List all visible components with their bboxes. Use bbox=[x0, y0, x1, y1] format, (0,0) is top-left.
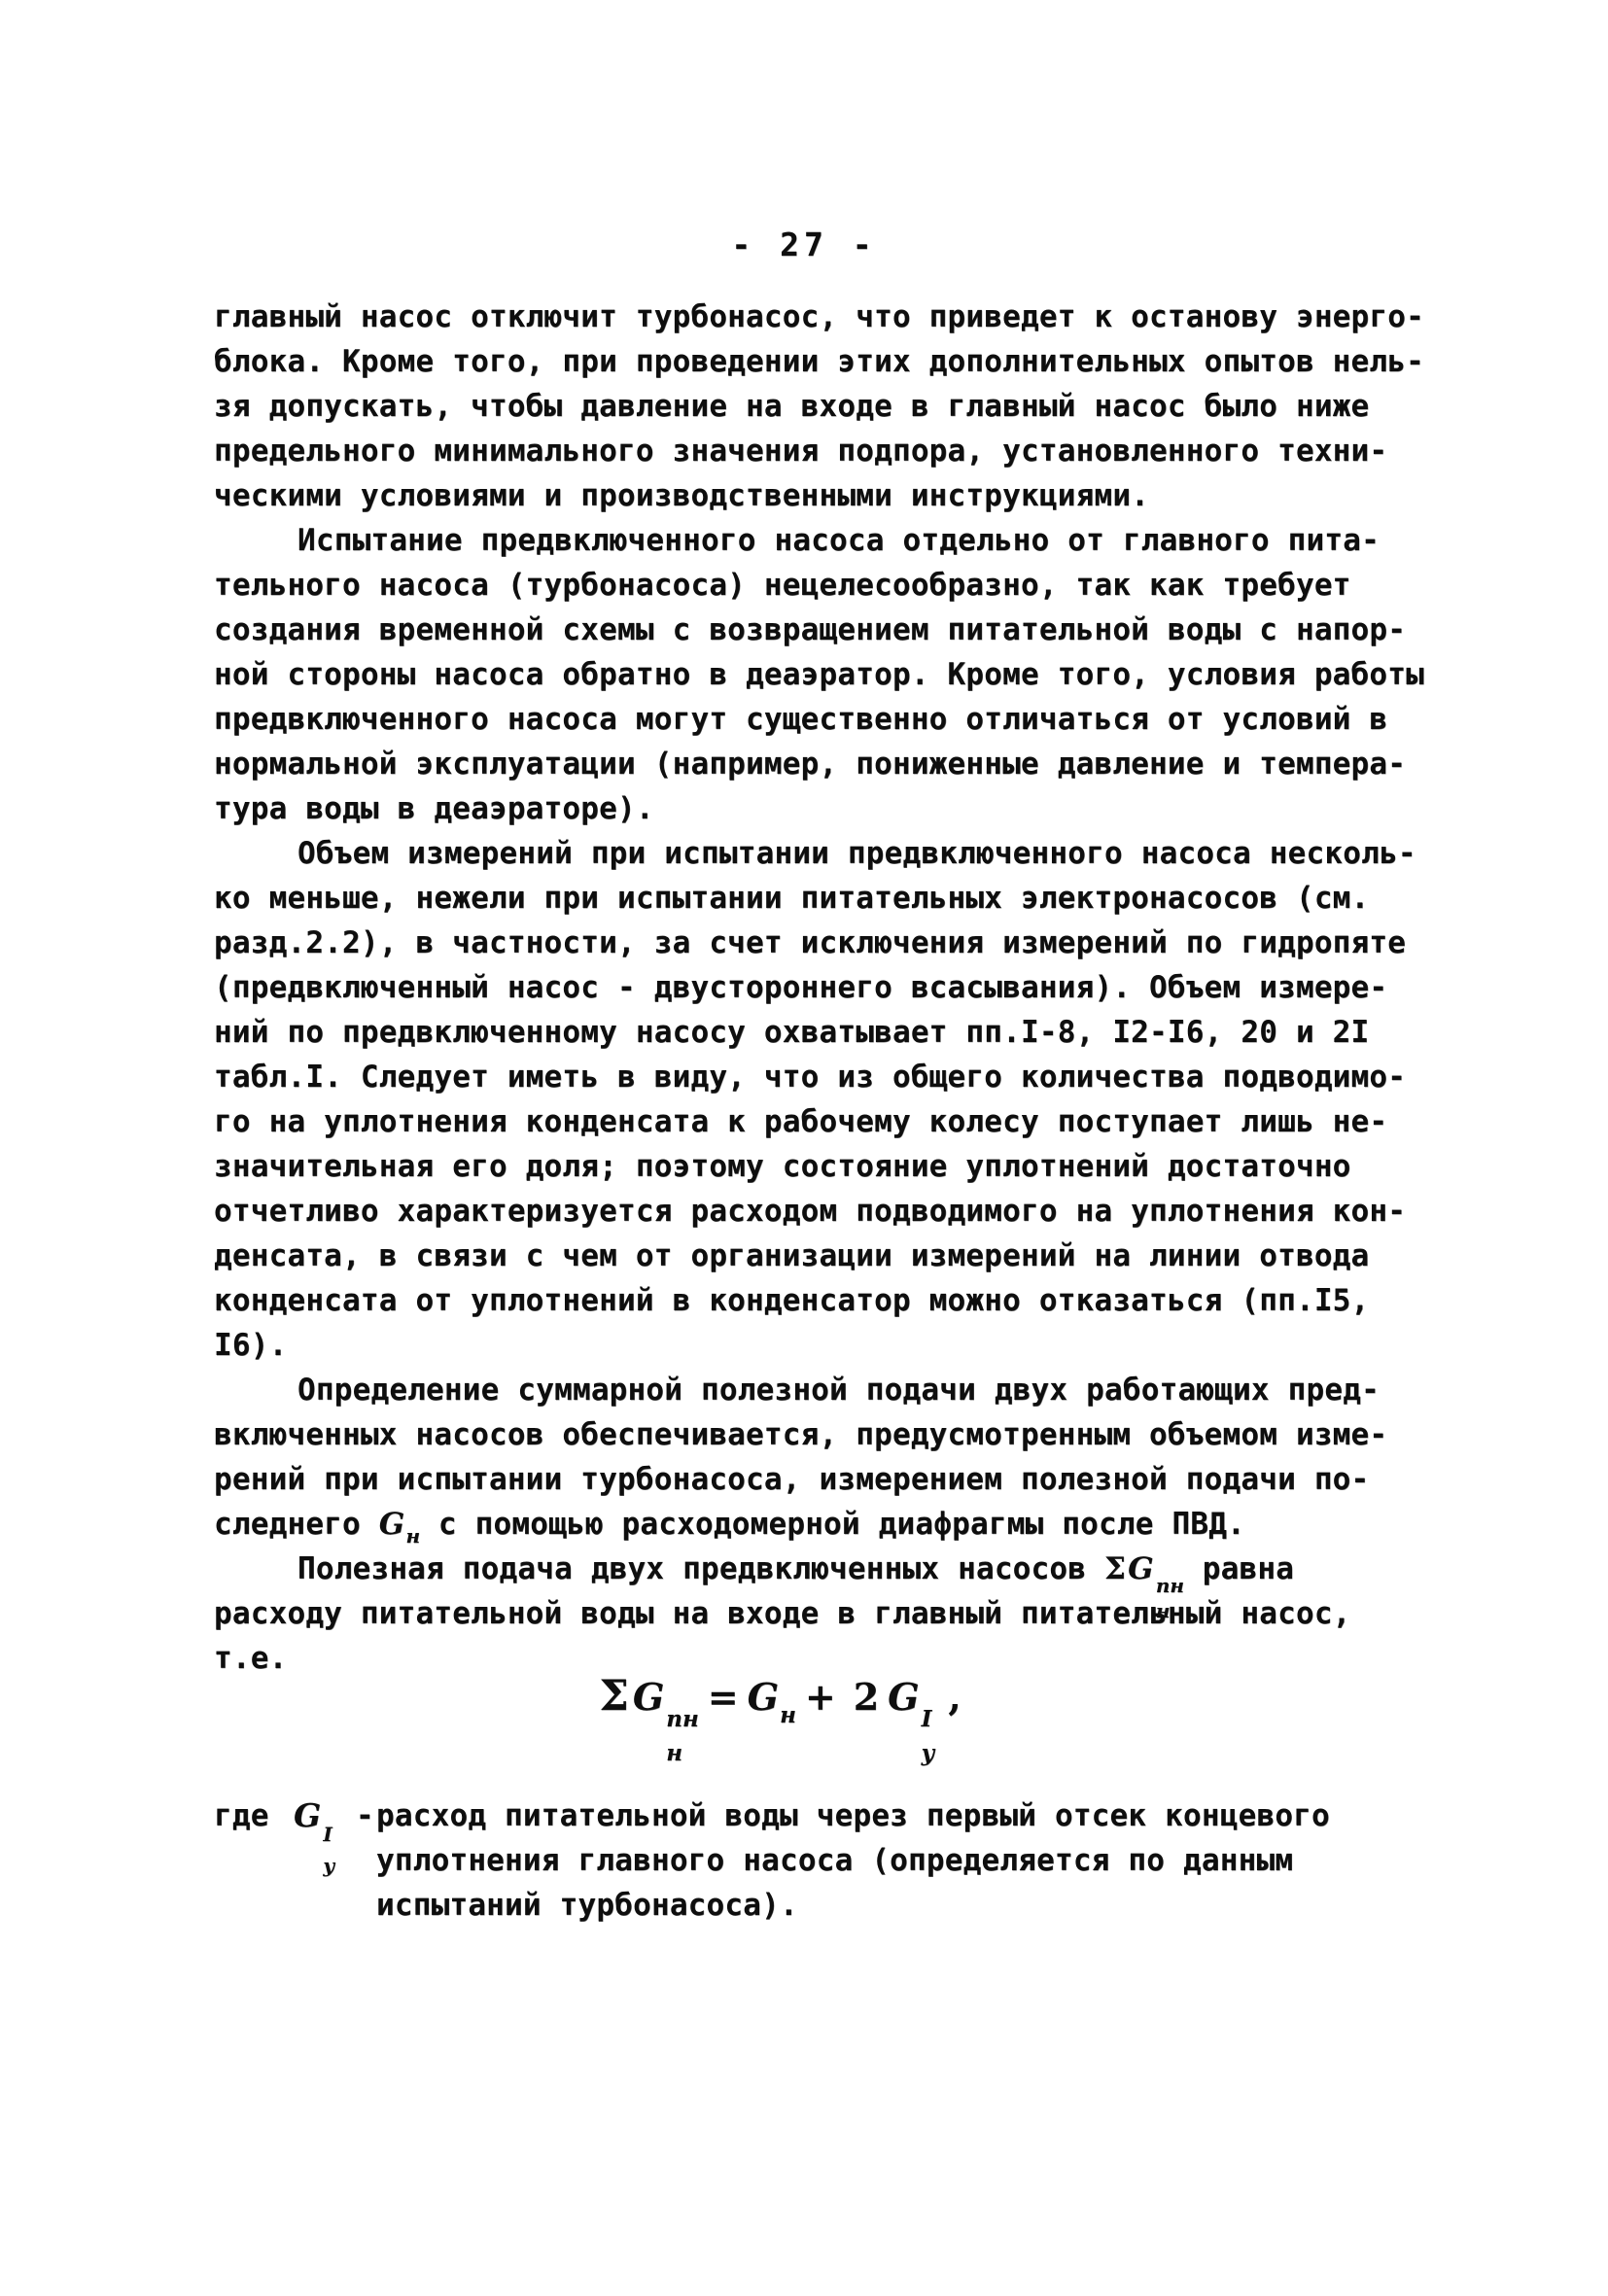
text-segment: блока. Кроме того, при проведении этих д… bbox=[214, 344, 1424, 379]
text-segment: нормальной эксплуатации (например, пониж… bbox=[214, 747, 1406, 782]
text-line: денсата, в связи с чем от организации из… bbox=[214, 1234, 1478, 1278]
text-line: расход питательной воды через первый отс… bbox=[376, 1793, 1504, 1838]
text-segment: значительная его доля; поэтому состояние… bbox=[214, 1149, 1351, 1184]
text-line: конденсата от уплотнений в конденсатор м… bbox=[214, 1278, 1478, 1323]
text-segment: Испытание предвключенного насоса отдельн… bbox=[297, 523, 1380, 558]
text-line: ко меньше, нежели при испытании питатель… bbox=[214, 876, 1478, 921]
text-segment: ко меньше, нежели при испытании питатель… bbox=[214, 881, 1369, 916]
page-number: - 27 - bbox=[0, 226, 1608, 263]
math-symbol: GIу bbox=[294, 1796, 334, 1834]
text-line: значительная его доля; поэтому состояние… bbox=[214, 1144, 1478, 1189]
text-line: ний по предвключенному насосу охватывает… bbox=[214, 1010, 1478, 1055]
text-line: нормальной эксплуатации (например, пониж… bbox=[214, 742, 1478, 786]
text-segment: Определение суммарной полезной подачи дв… bbox=[297, 1373, 1380, 1408]
text-line: тура воды в деаэраторе). bbox=[214, 786, 1478, 831]
text-line: табл.I. Следует иметь в виду, что из общ… bbox=[214, 1055, 1478, 1099]
text-segment: тельного насоса (турбонасоса) нецелесооб… bbox=[214, 568, 1351, 603]
math-base: G bbox=[888, 1675, 919, 1719]
formula: ΣGпнн=Gн+2GIу, bbox=[214, 1672, 1458, 1764]
where-symbol: GIу bbox=[294, 1793, 334, 1875]
where-dash: - bbox=[356, 1793, 374, 1838]
text-segment: ческими условиями и производственными ин… bbox=[214, 478, 1149, 513]
text-line: включенных насосов обеспечивается, преду… bbox=[214, 1412, 1478, 1457]
text-segment: зя допускать, чтобы давление на входе в … bbox=[214, 389, 1369, 424]
text-segment: главный насос отключит турбонасос, что п… bbox=[214, 299, 1424, 334]
text-segment: Объем измерений при испытании предвключе… bbox=[297, 836, 1416, 871]
math-supsub: Iу bbox=[323, 1825, 334, 1875]
text-segment: табл.I. Следует иметь в виду, что из общ… bbox=[214, 1060, 1406, 1095]
math-base: G bbox=[379, 1507, 405, 1542]
text-line: I6). bbox=[214, 1323, 1478, 1368]
operator: + bbox=[805, 1675, 836, 1719]
text-line: отчетливо характеризуется расходом подво… bbox=[214, 1189, 1478, 1234]
text-segment: ной стороны насоса обратно в деаэратор. … bbox=[214, 657, 1424, 692]
text-line: испытаний турбонасоса). bbox=[376, 1883, 1504, 1928]
comma: , bbox=[948, 1675, 961, 1719]
math-base: G bbox=[294, 1796, 321, 1834]
text-line: Объем измерений при испытании предвключе… bbox=[214, 831, 1478, 876]
text-line: зя допускать, чтобы давление на входе в … bbox=[214, 384, 1478, 429]
text-segment: предельного минимального значения подпор… bbox=[214, 434, 1387, 469]
scanned-document-page: - 27 - главный насос отключит турбонасос… bbox=[0, 0, 1608, 2296]
text-line: ческими условиями и производственными ин… bbox=[214, 473, 1478, 518]
text-line: го на уплотнения конденсата к рабочему к… bbox=[214, 1099, 1478, 1144]
text-line: Испытание предвключенного насоса отдельн… bbox=[214, 518, 1478, 563]
text-line: создания временной схемы с возвращением … bbox=[214, 608, 1478, 652]
text-line: тельного насоса (турбонасоса) нецелесооб… bbox=[214, 563, 1478, 608]
text-segment: I6). bbox=[214, 1328, 287, 1363]
text-segment: с помощью расходомерной диафрагмы после … bbox=[420, 1507, 1245, 1542]
math-base: G bbox=[633, 1675, 664, 1719]
math-symbol: Gн bbox=[379, 1507, 420, 1542]
text-line: (предвключенный насос - двустороннего вс… bbox=[214, 965, 1478, 1010]
math-supsub: пнн bbox=[666, 1708, 699, 1764]
text-line: Определение суммарной полезной подачи дв… bbox=[214, 1368, 1478, 1412]
text-line: расходу питательной воды на входе в глав… bbox=[214, 1591, 1478, 1636]
text-segment: включенных насосов обеспечивается, преду… bbox=[214, 1417, 1387, 1452]
where-definition-text: расход питательной воды через первый отс… bbox=[376, 1793, 1504, 1928]
text-line: главный насос отключит турбонасос, что п… bbox=[214, 295, 1478, 339]
text-segment: го на уплотнения конденсата к рабочему к… bbox=[214, 1104, 1387, 1139]
text-line: блока. Кроме того, при проведении этих д… bbox=[214, 339, 1478, 384]
operator: 2 bbox=[854, 1675, 879, 1719]
text-line: следнего Gн с помощью расходомерной диаф… bbox=[214, 1502, 1478, 1547]
math-symbol: ΣGпнн bbox=[1104, 1551, 1184, 1586]
math-sub: н bbox=[780, 1702, 796, 1728]
text-segment: (предвключенный насос - двустороннего вс… bbox=[214, 970, 1387, 1005]
text-segment: создания временной схемы с возвращением … bbox=[214, 612, 1406, 647]
math-supsub: Iу bbox=[922, 1708, 935, 1764]
sigma-symbol: Σ bbox=[599, 1672, 628, 1721]
text-segment: отчетливо характеризуется расходом подво… bbox=[214, 1194, 1406, 1229]
text-line: разд.2.2), в частности, за счет исключен… bbox=[214, 921, 1478, 965]
text-segment: расходу питательной воды на входе в глав… bbox=[214, 1596, 1351, 1631]
text-segment: разд.2.2), в частности, за счет исключен… bbox=[214, 925, 1406, 960]
text-segment: конденсата от уплотнений в конденсатор м… bbox=[214, 1283, 1369, 1318]
text-segment: равна bbox=[1184, 1551, 1294, 1586]
text-segment: тура воды в деаэраторе). bbox=[214, 791, 654, 826]
text-line: предельного минимального значения подпор… bbox=[214, 429, 1478, 473]
text-segment: рений при испытании турбонасоса, измерен… bbox=[214, 1462, 1369, 1497]
operator: = bbox=[708, 1675, 739, 1719]
text-line: рений при испытании турбонасоса, измерен… bbox=[214, 1457, 1478, 1502]
where-label: где bbox=[214, 1793, 269, 1838]
math-base: G bbox=[748, 1675, 779, 1719]
math-symbol: GIу bbox=[888, 1675, 934, 1719]
text-line: Полезная подача двух предвключенных насо… bbox=[214, 1547, 1478, 1591]
math-symbol: ΣGпнн bbox=[599, 1675, 698, 1719]
sigma-symbol: Σ bbox=[1104, 1551, 1126, 1586]
math-symbol: Gн bbox=[748, 1675, 796, 1719]
math-base: G bbox=[1128, 1551, 1154, 1586]
text-segment: ний по предвключенному насосу охватывает… bbox=[214, 1015, 1369, 1050]
text-line: ной стороны насоса обратно в деаэратор. … bbox=[214, 652, 1478, 697]
math-sub: н bbox=[405, 1524, 420, 1548]
text-segment: т.е. bbox=[214, 1641, 287, 1676]
body-text: главный насос отключит турбонасос, что п… bbox=[214, 295, 1478, 1681]
text-line: предвключенного насоса могут существенно… bbox=[214, 697, 1478, 742]
text-segment: следнего bbox=[214, 1507, 379, 1542]
text-segment: денсата, в связи с чем от организации из… bbox=[214, 1238, 1369, 1273]
text-line: уплотнения главного насоса (определяется… bbox=[376, 1838, 1504, 1883]
text-segment: Полезная подача двух предвключенных насо… bbox=[297, 1551, 1104, 1586]
text-segment: предвключенного насоса могут существенно… bbox=[214, 702, 1387, 737]
